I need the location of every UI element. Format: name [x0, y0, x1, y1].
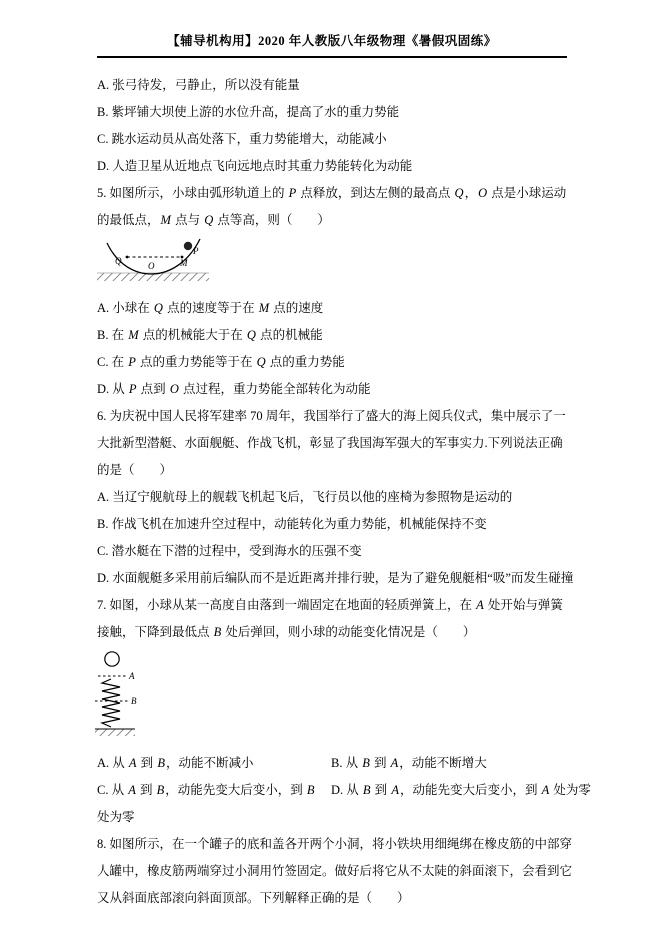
point-label-o: O: [148, 261, 155, 271]
q6-option-a: A. 当辽宁舰航母上的舰载飞机起飞后，飞行员以他的座椅为参照物是运动的: [97, 484, 575, 511]
q4-option-a: A. 张弓待发，弓静止，所以没有能量: [97, 72, 575, 99]
point-label-q: Q: [115, 256, 122, 266]
point-label-m: M: [179, 258, 188, 268]
document-title: 【辅导机构用】2020 年人教版八年级物理《暑假巩固练》: [97, 31, 567, 49]
q5-option-b: B. 在 M 点的机械能大于在 Q 点的机械能: [97, 322, 575, 349]
ball-p: [184, 242, 192, 250]
document-body: A. 张弓待发，弓静止，所以没有能量 B. 紫坪铺大坝使上游的水位升高，提高了水…: [97, 58, 575, 912]
q6-option-c: C. 潜水艇在下潜的过程中，受到海水的压强不变: [97, 538, 575, 565]
point-label-p: P: [192, 246, 199, 256]
q7-option-b: B. 从 B 到 A，动能不断增大: [331, 750, 487, 777]
q8-stem: 8. 如图所示，在一个罐子的底和盖各开两个小洞，将小铁块用细绳绑在橡皮筋的中部穿…: [97, 831, 575, 912]
q4-option-c: C. 跳水运动员从高处落下，重力势能增大，动能减小: [97, 126, 575, 153]
q5-figure: Q O M P: [97, 237, 575, 293]
q7-options-row-1: A. 从 A 到 B，动能不断减小 B. 从 B 到 A，动能不断增大: [97, 750, 575, 777]
ground-hatch: [95, 729, 135, 736]
q4-option-d: D. 人造卫星从近地点飞向远地点时其重力势能转化为动能: [97, 153, 575, 180]
spring-coil: [102, 679, 120, 727]
q5-option-a: A. 小球在 Q 点的速度等于在 M 点的速度: [97, 295, 575, 322]
page-header: 【辅导机构用】2020 年人教版八年级物理《暑假巩固练》: [97, 0, 567, 58]
q5-option-c: C. 在 P 点的重力势能等于在 Q 点的重力势能: [97, 349, 575, 376]
point-label-b: B: [131, 696, 137, 706]
q7-option-d: D. 从 B 到 A，动能先变大后变小，到 A 处为零: [331, 777, 591, 831]
q5-stem: 5. 如图所示，小球由弧形轨道上的 P 点释放，到达左侧的最高点 Q，O 点是小…: [97, 180, 575, 234]
q5-option-d: D. 从 P 点到 O 点过程，重力势能全部转化为动能: [97, 376, 575, 403]
q7-stem: 7. 如图，小球从某一高度自由落到一端固定在地面的轻质弹簧上，在 A 处开始与弹…: [97, 592, 575, 646]
curved-track-figure: Q O M P: [97, 237, 219, 283]
q4-option-b: B. 紫坪铺大坝使上游的水位升高，提高了水的重力势能: [97, 99, 575, 126]
exam-page: 【辅导机构用】2020 年人教版八年级物理《暑假巩固练》 A. 张弓待发，弓静止…: [0, 0, 661, 935]
q7-option-c: C. 从 A 到 B，动能先变大后变小，到 B 处为零: [97, 777, 331, 831]
q7-option-a: A. 从 A 到 B，动能不断减小: [97, 750, 331, 777]
q6-stem: 6. 为庆祝中国人民将军建率 70 周年，我国举行了盛大的海上阅兵仪式，集中展示…: [97, 403, 575, 484]
q6-option-d: D. 水面舰艇多采用前后编队而不是近距离并排行驶，是为了避免舰艇相“吸”而发生碰…: [97, 565, 575, 592]
point-label-a: A: [128, 671, 135, 681]
point-q-dot: [126, 256, 129, 259]
falling-ball: [105, 652, 119, 666]
q7-options-row-2: C. 从 A 到 B，动能先变大后变小，到 B 处为零 D. 从 B 到 A，动…: [97, 777, 575, 831]
spring-ball-figure: A B: [94, 648, 164, 738]
q7-figure: A B: [94, 648, 575, 748]
q6-option-b: B. 作战飞机在加速升空过程中，动能转化为重力势能，机械能保持不变: [97, 511, 575, 538]
